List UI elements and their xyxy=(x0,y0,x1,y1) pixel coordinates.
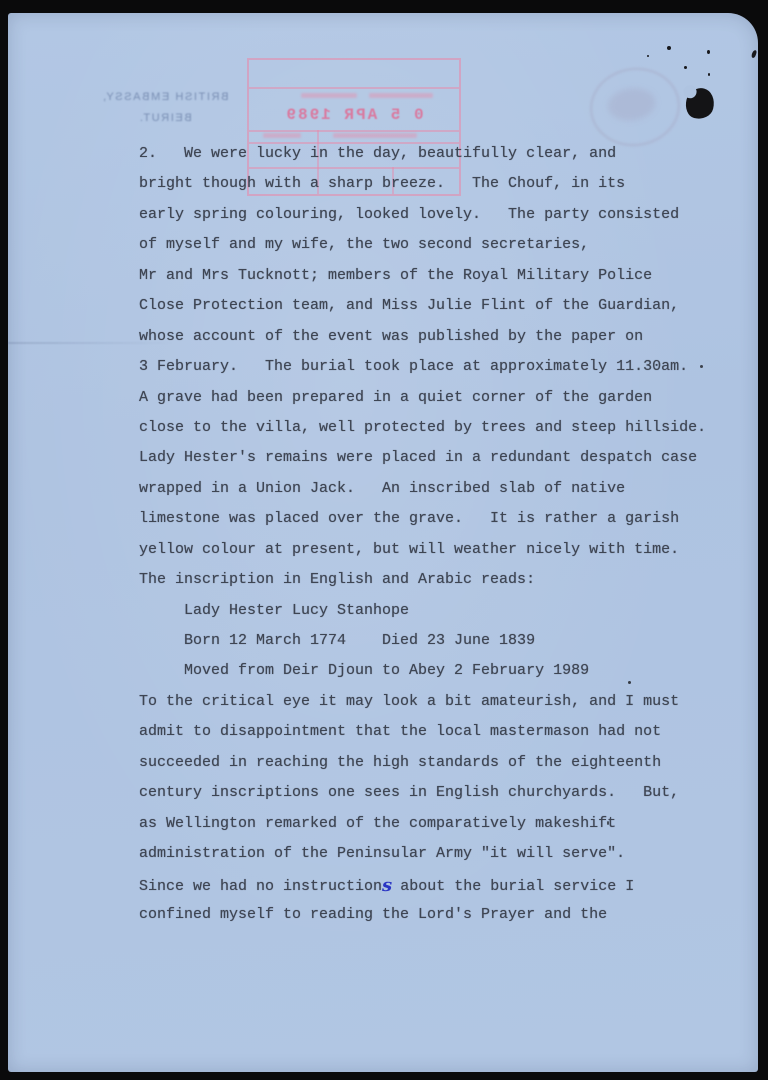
ink-speck xyxy=(667,46,671,50)
typed-line-inscription: Born 12 March 1774 Died 23 June 1839 xyxy=(139,626,739,656)
stamp-illegible-text xyxy=(333,133,417,138)
ink-speck xyxy=(708,73,710,76)
letterhead-line-1: BRITISH EMBASSY, xyxy=(80,87,250,108)
typed-line-with-insert: Since we had no instructions about the b… xyxy=(139,870,739,900)
ink-speck xyxy=(751,50,757,59)
typed-line: of myself and my wife, the two second se… xyxy=(139,230,739,260)
typed-line: The inscription in English and Arabic re… xyxy=(139,565,739,595)
handwritten-insert-s: s xyxy=(382,875,392,896)
typed-text-after-insert: about the burial service I xyxy=(391,878,634,895)
typed-line: whose account of the event was published… xyxy=(139,322,739,352)
typed-line: close to the villa, well protected by tr… xyxy=(139,413,739,443)
typed-line: bright though with a sharp breeze. The C… xyxy=(139,169,739,199)
letter-body: 2. We were lucky in the day, beautifully… xyxy=(139,139,739,930)
letterhead-line-2: BEIRUT. xyxy=(80,108,250,129)
typed-line: Mr and Mrs Tucknott; members of the Roya… xyxy=(139,261,739,291)
typed-line: century inscriptions one sees in English… xyxy=(139,778,739,808)
ink-speck xyxy=(647,55,649,57)
typed-line: early spring colouring, looked lovely. T… xyxy=(139,200,739,230)
ink-speck xyxy=(684,66,687,69)
typed-line: yellow colour at present, but will weath… xyxy=(139,535,739,565)
stamp-date: 0 5 APR 1989 xyxy=(249,106,459,124)
typed-line: To the critical eye it may look a bit am… xyxy=(139,687,739,717)
typed-line: Lady Hester's remains were placed in a r… xyxy=(139,443,739,473)
stamp-illegible-text xyxy=(369,93,433,98)
stamp-grid-line xyxy=(249,87,459,89)
typed-line: limestone was placed over the grave. It … xyxy=(139,504,739,534)
typed-line-inscription: Lady Hester Lucy Stanhope xyxy=(139,596,739,626)
ink-speck xyxy=(707,50,710,54)
typed-line: succeeded in reaching the high standards… xyxy=(139,748,739,778)
typed-line: wrapped in a Union Jack. An inscribed sl… xyxy=(139,474,739,504)
stamp-grid-line xyxy=(249,130,459,132)
typed-line: as Wellington remarked of the comparativ… xyxy=(139,809,739,839)
ink-blot-notch xyxy=(682,84,698,100)
document-page: BRITISH EMBASSY, BEIRUT. 0 5 APR 1989 2.… xyxy=(8,13,758,1072)
letterhead-showthrough: BRITISH EMBASSY, BEIRUT. xyxy=(80,87,250,129)
typed-line: 2. We were lucky in the day, beautifully… xyxy=(139,139,739,169)
round-stamp-smudge xyxy=(606,85,658,123)
typed-line: A grave had been prepared in a quiet cor… xyxy=(139,383,739,413)
typed-line: administration of the Peninsular Army "i… xyxy=(139,839,739,869)
ink-blot xyxy=(683,85,718,122)
typed-text-before-insert: Since we had no instruction xyxy=(139,878,382,895)
typed-line: 3 February. The burial took place at app… xyxy=(139,352,739,382)
typed-line-inscription: Moved from Deir Djoun to Abey 2 February… xyxy=(139,656,739,686)
typed-line: admit to disappointment that the local m… xyxy=(139,717,739,747)
typed-line: Close Protection team, and Miss Julie Fl… xyxy=(139,291,739,321)
typed-line: confined myself to reading the Lord's Pr… xyxy=(139,900,739,930)
stamp-illegible-text xyxy=(301,93,357,98)
stamp-illegible-text xyxy=(263,133,301,138)
